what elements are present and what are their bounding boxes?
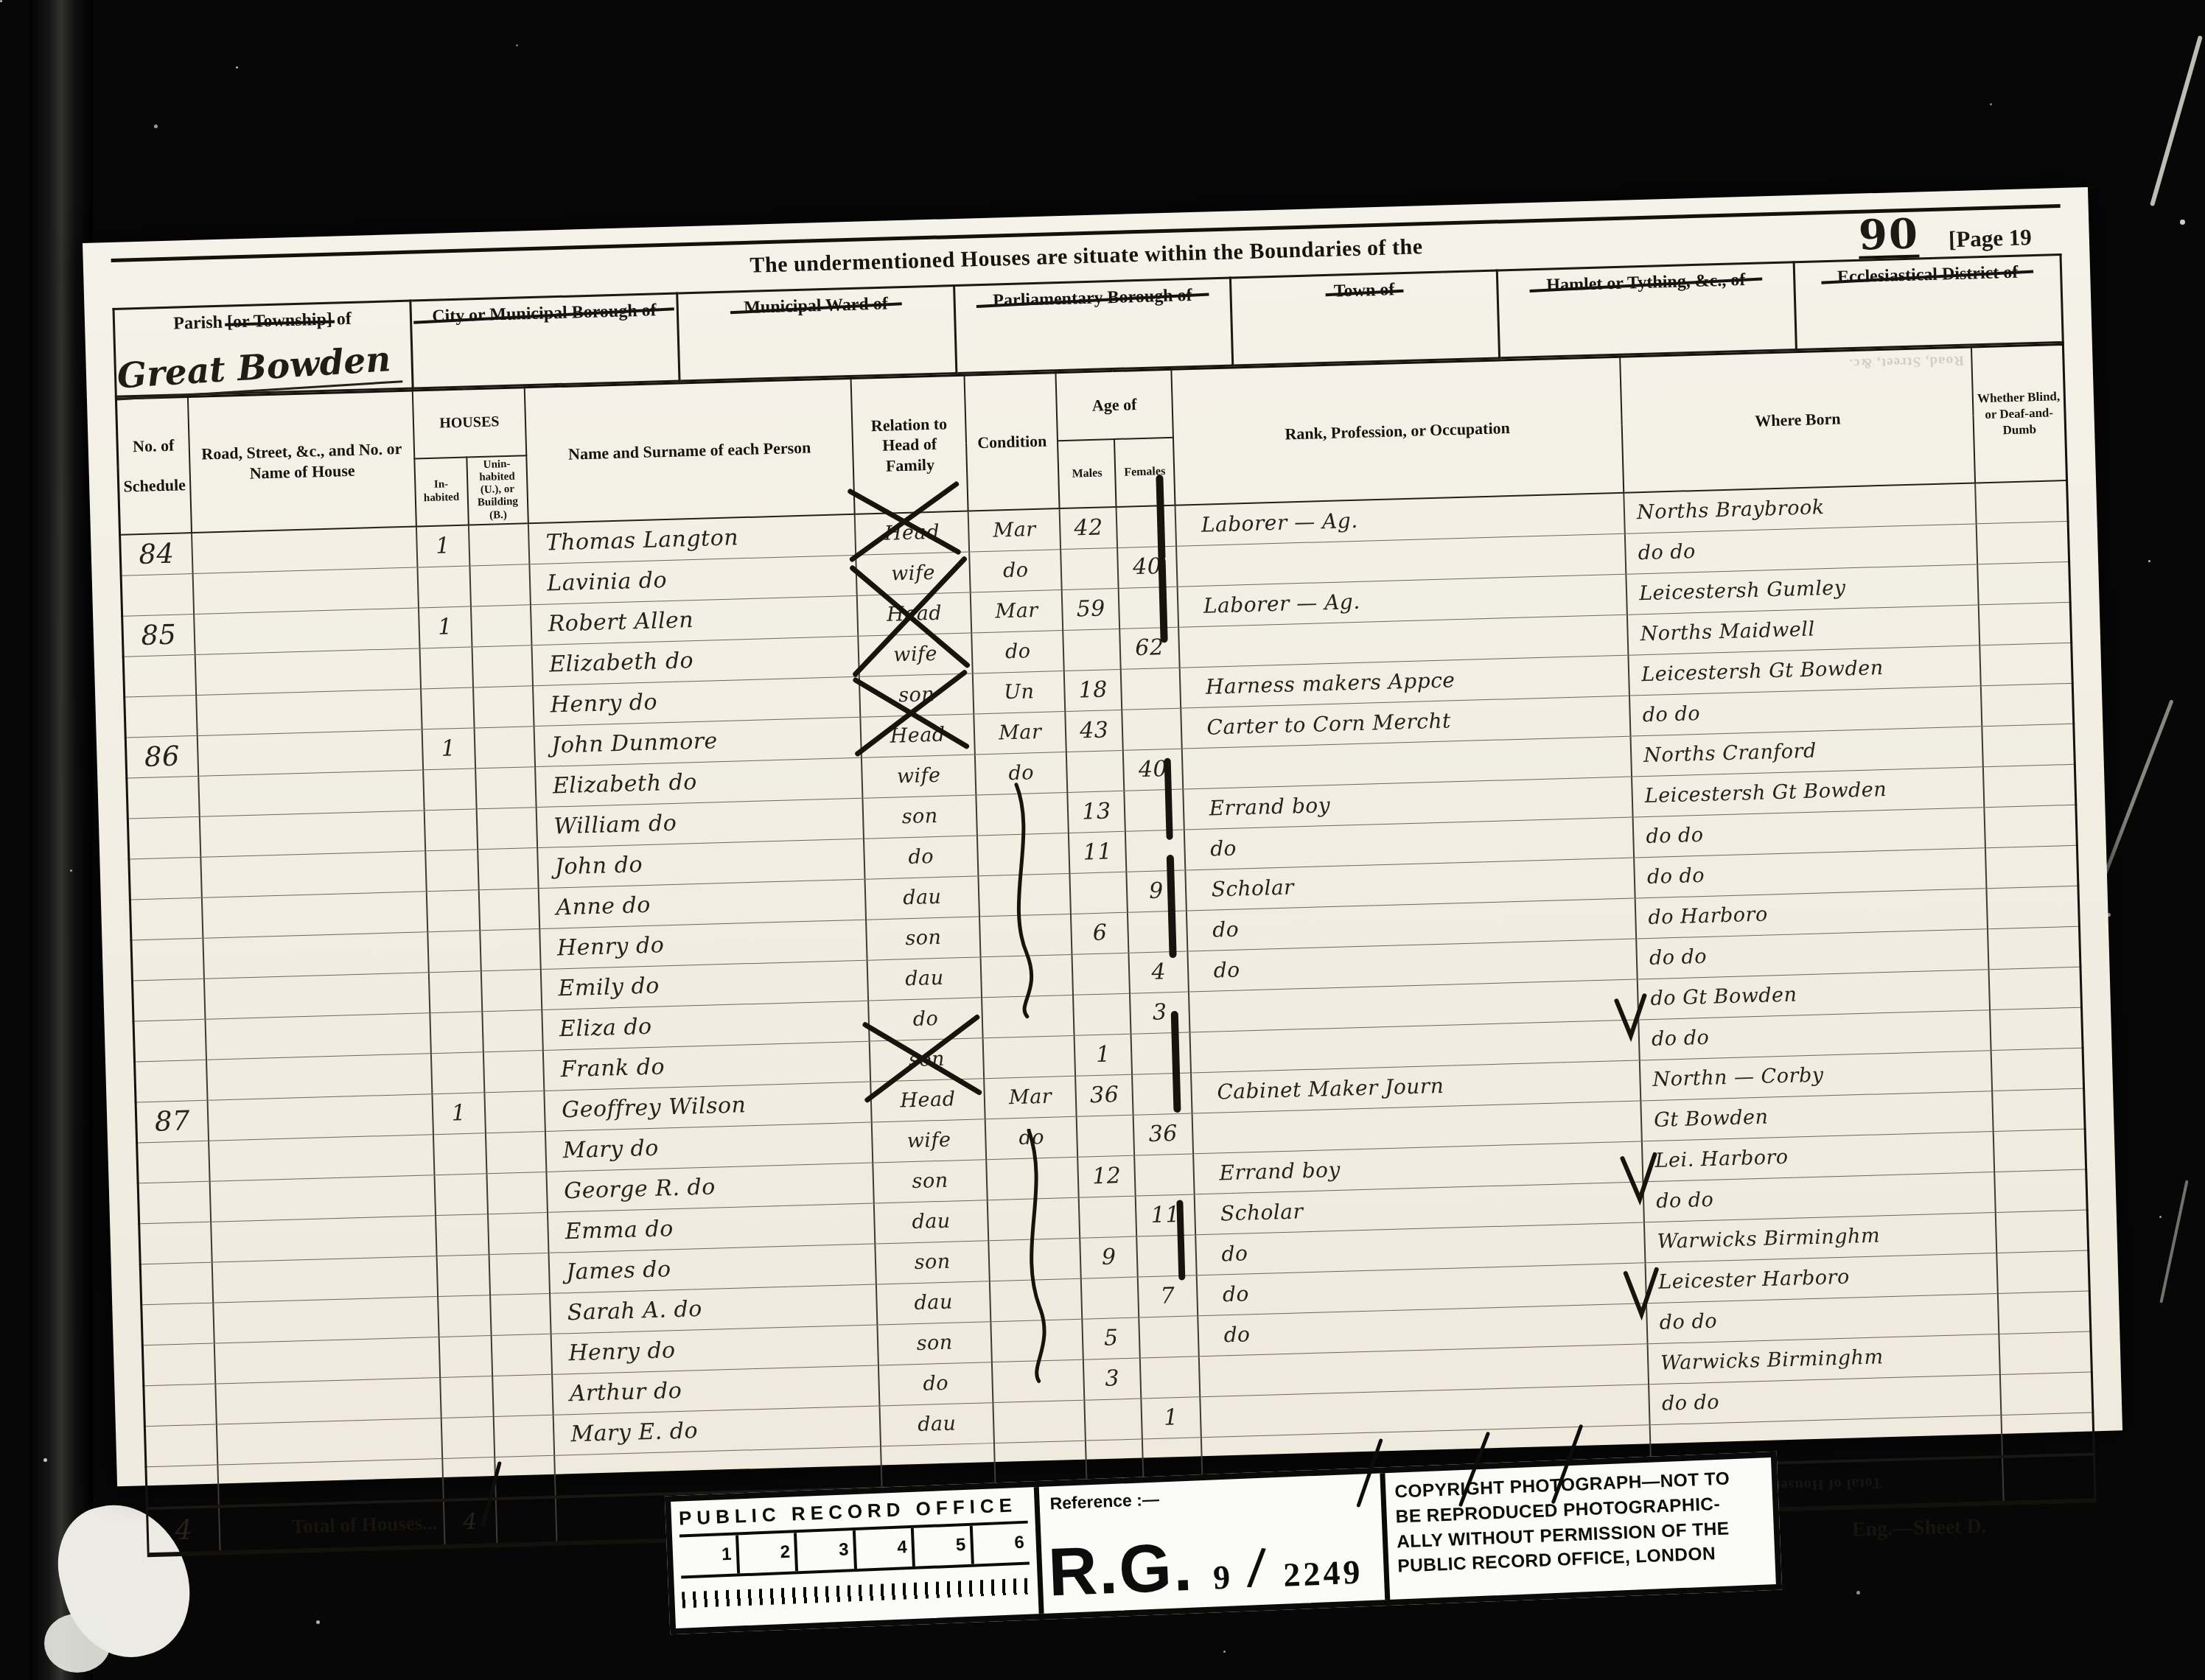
cell-relation: Head [857, 592, 972, 636]
reference-series: R.G. [1046, 1529, 1195, 1612]
pro-reference-section: Reference :— R.G. 9 / 2249 [1039, 1473, 1391, 1614]
cell-uninh [475, 766, 537, 808]
cell-age_m: 42 [1060, 507, 1118, 550]
col-houses-group: HOUSES [412, 388, 526, 458]
cell-uninh [486, 1172, 548, 1214]
folio-number-stamp: 90 [1858, 213, 1920, 259]
ruler-number: 2 [738, 1533, 799, 1573]
cell-inhabited [427, 931, 481, 973]
cell-schedule [140, 1262, 213, 1305]
cell-infirm [1987, 886, 2080, 928]
cell-schedule [142, 1343, 215, 1386]
dust-speckles [0, 0, 2, 2]
cell-road [213, 1296, 438, 1343]
cell-relation: do [864, 836, 979, 879]
cell-age_f [1121, 668, 1181, 710]
cell-inhabited [419, 647, 473, 689]
cell-road [210, 1175, 436, 1221]
cell-relation: Head [860, 714, 975, 757]
cell-road [195, 648, 421, 695]
cell-age_m [1072, 953, 1131, 995]
cell-relation: dau [874, 1200, 989, 1243]
cell-age_m: 9 [1080, 1236, 1138, 1278]
cell-inhabited [417, 566, 471, 608]
cell-age_f: 40 [1123, 749, 1183, 791]
cell-condition [976, 792, 1069, 835]
cell-uninh [479, 888, 540, 930]
cell-age_f [1139, 1316, 1199, 1358]
cell-schedule [127, 776, 200, 819]
cell-age_m [1066, 750, 1125, 792]
cell-age_m [1060, 547, 1119, 589]
cell-infirm [1976, 480, 2069, 524]
cell-condition [992, 1359, 1084, 1402]
cell-infirm [1991, 1007, 2083, 1050]
cell-relation: son [866, 917, 981, 960]
cell-schedule [139, 1222, 212, 1264]
cell-schedule: 87 [136, 1100, 209, 1143]
cell-uninh [495, 1455, 556, 1499]
cell-condition [979, 873, 1071, 916]
cell-condition: Mar [974, 711, 1066, 754]
cell-age_f: 36 [1133, 1113, 1193, 1155]
cell-relation: son [875, 1240, 990, 1284]
cell-age_f [1128, 911, 1187, 953]
cell-schedule [135, 1060, 208, 1102]
cell-road [212, 1256, 438, 1302]
cell-condition [979, 914, 1072, 956]
cell-relation: wife [856, 552, 971, 595]
cell-inhabited [431, 1051, 485, 1093]
cell-infirm [1980, 643, 2073, 685]
col-condition: Condition [965, 373, 1060, 511]
cell-schedule [138, 1181, 211, 1224]
cell-uninh [481, 969, 542, 1011]
cell-inhabited [440, 1376, 494, 1418]
cell-relation [881, 1443, 996, 1488]
cell-age_m: 1 [1074, 1034, 1133, 1076]
parish-label-struck: [or Township] [227, 310, 333, 333]
cell-road [200, 851, 426, 897]
cell-age_m [1079, 1196, 1137, 1238]
cell-infirm [1982, 724, 2075, 766]
cell-age_f [1125, 830, 1185, 872]
cell-relation: Head [855, 511, 970, 555]
cell-inhabited [436, 1254, 490, 1296]
cell-age_f: 40 [1117, 546, 1177, 588]
cell-schedule: 84 [120, 533, 193, 575]
cell-schedule [137, 1141, 210, 1183]
reference-item: 2249 [1282, 1552, 1363, 1594]
cell-schedule [146, 1465, 219, 1508]
col-infirm: Whether Blind, or Deaf-and-Dumb [1971, 345, 2066, 483]
cell-inhabited [441, 1416, 495, 1458]
cell-condition [982, 995, 1074, 1037]
cell-age_f [1142, 1438, 1202, 1481]
cell-uninh [489, 1253, 550, 1295]
cell-road [214, 1337, 440, 1383]
cell-age_f [1119, 587, 1178, 629]
cell-inhabited [429, 971, 483, 1013]
cell-inhabited: 1 [422, 728, 475, 770]
cell-age_m [1073, 993, 1131, 1035]
cell-relation: wife [858, 633, 973, 676]
ruler-number: 3 [797, 1530, 857, 1571]
page-label: [Page 19 [1949, 224, 2033, 253]
cell-relation: wife [872, 1119, 987, 1163]
cell-age_f: 1 [1142, 1397, 1201, 1439]
photo-background: The undermentioned Houses are situate wi… [0, 0, 2205, 1680]
cell-age_m: 3 [1083, 1358, 1142, 1400]
cell-uninh [488, 1212, 549, 1254]
cell-schedule: 85 [122, 614, 195, 657]
cell-uninh [490, 1293, 551, 1335]
cell-schedule [121, 573, 194, 616]
cell-uninh [480, 928, 541, 970]
cell-condition [983, 1035, 1075, 1078]
cell-road [217, 1458, 443, 1506]
totals-empty [496, 1497, 557, 1544]
census-sheet: The undermentioned Houses are situate wi… [83, 187, 2122, 1486]
total-houses-label: Total of Houses... [219, 1500, 444, 1553]
col-females: Females [1114, 437, 1175, 506]
cell-condition [993, 1400, 1086, 1443]
boundary-eccl-cell: Ecclesiastical District of [1794, 255, 2063, 350]
cell-uninh [476, 807, 537, 849]
ecclesiastical-district-label: Ecclesiastical District of [1833, 263, 2023, 288]
cell-road [192, 526, 417, 573]
showthrough-text: Road, Street, &c. [1848, 351, 1964, 372]
cell-age_f [1135, 1154, 1195, 1196]
cell-uninh [469, 523, 530, 566]
boundary-city-cell: City or Municipal Borough of [410, 293, 679, 388]
cell-relation: do [878, 1362, 993, 1405]
cell-age_m: 13 [1068, 791, 1126, 833]
cell-condition [988, 1197, 1080, 1240]
cell-infirm [1978, 561, 2071, 604]
cell-age_f [1117, 505, 1176, 548]
col-where-born: Where Born Road, Street, &c. [1620, 347, 1975, 493]
cell-age_m [1077, 1115, 1135, 1157]
cell-inhabited [425, 850, 479, 892]
cell-road [202, 892, 427, 938]
cell-infirm [1993, 1088, 2086, 1131]
cell-relation: dau [867, 957, 982, 1001]
cell-schedule [125, 695, 198, 738]
totals-infirm-cell [2002, 1454, 2095, 1502]
reference-label: Reference :— [1049, 1481, 1371, 1513]
col-road: Road, Street, &c., and No. or Name of Ho… [188, 391, 416, 533]
cell-road [215, 1377, 441, 1424]
cell-schedule [144, 1384, 217, 1427]
ruler-number: 1 [679, 1535, 740, 1575]
cell-road [198, 729, 423, 776]
showthrough-text: Total of Houses [1773, 1474, 1881, 1494]
cell-inhabited [434, 1173, 488, 1215]
cell-schedule [127, 816, 200, 859]
cell-relation: son [862, 795, 977, 839]
cell-age_m: 36 [1075, 1074, 1133, 1116]
col-schedule: No. of Schedule [116, 397, 192, 535]
cell-age_f: 11 [1136, 1194, 1195, 1236]
cell-age_m: 11 [1069, 831, 1127, 873]
cell-condition: do [972, 630, 1064, 673]
stamp-group: 90 [Page 19 [1858, 210, 2032, 259]
cell-age_m: 43 [1065, 710, 1123, 752]
cell-condition [989, 1238, 1081, 1281]
cell-uninh [482, 1009, 543, 1051]
hamlet-label: Hamlet or Tything, &c., of [1542, 270, 1750, 296]
cell-road [205, 1013, 430, 1060]
boundary-hamlet-cell: Hamlet or Tything, &c., of [1497, 262, 1796, 358]
reference-slash: / [1245, 1536, 1267, 1600]
cell-inhabited: 1 [419, 606, 472, 648]
cell-schedule [123, 654, 196, 697]
cell-infirm [1985, 805, 2078, 847]
col-uninhabited: Unin-habited (U.), or Building (B.) [466, 455, 528, 525]
col-inhabited: In-habited [414, 457, 469, 526]
cell-schedule [129, 857, 202, 900]
reference-piece: 9 [1212, 1558, 1231, 1597]
cell-road [211, 1215, 436, 1261]
cell-condition [987, 1157, 1079, 1200]
cell-schedule: 86 [125, 735, 198, 778]
cell-inhabited [438, 1335, 492, 1377]
cell-relation: son [873, 1159, 988, 1203]
cell-condition: do [985, 1116, 1077, 1159]
cell-uninh [492, 1374, 553, 1416]
parish-label-suffix: of [337, 309, 352, 329]
cell-road [196, 689, 422, 735]
sheet-label: Eng.—Sheet D. [1851, 1514, 1987, 1541]
cell-uninh [478, 847, 539, 889]
cell-infirm [1995, 1169, 2088, 1212]
municipal-ward-label: Municipal Ward of [739, 294, 892, 318]
totals-schedule: 4 [147, 1506, 220, 1555]
cell-road [203, 932, 428, 979]
city-borough-label: City or Municipal Borough of [427, 301, 661, 327]
cell-age_m: 6 [1071, 912, 1129, 954]
cell-age_f [1132, 1073, 1192, 1115]
cell-infirm [1993, 1129, 2086, 1172]
cell-inhabited [438, 1295, 492, 1337]
census-table: No. of Schedule Road, Street, &c., and N… [115, 343, 2097, 1557]
cell-uninh [471, 604, 532, 646]
cell-age_m: 5 [1083, 1317, 1141, 1359]
cell-condition [991, 1319, 1083, 1362]
cell-road [206, 1053, 432, 1099]
census-sheet-inner: The undermentioned Houses are situate wi… [83, 187, 2122, 1486]
pro-copyright-section: COPYRIGHT PHOTOGRAPH—NOT TO BE REPRODUCE… [1385, 1457, 1775, 1600]
cell-road [209, 1134, 434, 1180]
cell-age_m [1086, 1439, 1144, 1483]
cell-relation: do [868, 998, 983, 1041]
cell-infirm [1999, 1331, 2092, 1374]
cell-inhabited [442, 1457, 496, 1499]
cell-condition: Mar [971, 589, 1063, 632]
cell-condition: Un [973, 671, 1065, 713]
cell-age_f [1131, 1032, 1191, 1074]
cell-relation: son [870, 1038, 985, 1082]
cell-age_m: 12 [1077, 1155, 1136, 1197]
parliamentary-borough-label: Parliamentary Borough of [988, 286, 1197, 312]
col-males: Males [1058, 439, 1117, 508]
cell-condition [990, 1278, 1082, 1321]
cell-condition: do [975, 752, 1067, 794]
cell-condition: do [969, 549, 1061, 592]
cell-inhabited [430, 1012, 483, 1054]
cell-road [208, 1093, 433, 1140]
pro-ruler-section: PUBLIC RECORD OFFICE 1 2 3 4 5 6 [671, 1487, 1044, 1628]
cell-infirm [1977, 521, 2069, 564]
cell-schedule [130, 897, 203, 940]
cell-age_f: 7 [1138, 1275, 1198, 1317]
cell-age_f: 3 [1130, 992, 1189, 1034]
cell-age_m [1085, 1399, 1143, 1441]
cell-inhabited: 1 [416, 525, 470, 567]
boundary-parl-cell: Parliamentary Borough of [954, 278, 1233, 373]
cell-infirm [1989, 967, 2082, 1009]
cell-age_f [1125, 789, 1184, 831]
cell-age_m [1070, 872, 1128, 914]
cell-schedule [132, 979, 205, 1021]
cell-infirm [1997, 1250, 2090, 1293]
cell-uninh [469, 564, 531, 606]
cell-uninh [486, 1131, 547, 1173]
boundary-town-cell: Town of [1231, 270, 1500, 365]
cell-inhabited [436, 1214, 489, 1256]
cell-relation: wife [862, 755, 976, 798]
cell-age_m [1081, 1277, 1139, 1319]
cell-infirm [1988, 926, 2080, 969]
cell-infirm [1979, 602, 2072, 645]
cell-condition: Mar [984, 1076, 1076, 1119]
cell-relation: dau [879, 1402, 994, 1446]
col-occupation: Rank, Profession, or Occupation [1171, 357, 1624, 505]
col-relation: Relation to Head of Family [850, 375, 968, 514]
cell-uninh [473, 685, 534, 727]
cell-inhabited [421, 687, 475, 729]
cell-age_f: 4 [1129, 951, 1189, 993]
cell-relation: son [859, 673, 974, 717]
cell-inhabited [424, 809, 478, 851]
cell-age_m [1063, 629, 1121, 671]
cell-condition [994, 1441, 1086, 1485]
cell-uninh [491, 1334, 552, 1376]
cell-road [194, 608, 419, 654]
cell-age_m: 59 [1062, 588, 1120, 630]
ruler-number: 6 [972, 1524, 1030, 1564]
film-scratch [2150, 35, 2203, 206]
cell-infirm [2002, 1413, 2094, 1457]
cell-infirm [1981, 683, 2074, 726]
cell-schedule [131, 938, 204, 981]
col-name: Name and Surname of each Person [525, 378, 855, 523]
cell-infirm [1996, 1210, 2089, 1253]
cell-inhabited [426, 890, 480, 932]
cell-age_f [1122, 708, 1182, 750]
cell-relation: Head [870, 1079, 985, 1122]
cell-condition [977, 833, 1069, 875]
cell-uninh [493, 1415, 554, 1457]
cell-infirm [1998, 1291, 2091, 1334]
boundary-ward-cell: Municipal Ward of [677, 286, 957, 381]
cell-road [193, 567, 419, 614]
cell-inhabited: 1 [432, 1092, 486, 1134]
cell-relation: dau [864, 876, 979, 920]
cell-uninh [472, 645, 533, 687]
cell-uninh [483, 1050, 545, 1092]
cell-age_f [1137, 1235, 1197, 1277]
cell-inhabited [423, 769, 477, 811]
ruler: 1 2 3 4 5 6 [679, 1521, 1032, 1628]
cell-uninh [484, 1091, 545, 1133]
cell-age_f: 62 [1120, 627, 1180, 669]
cell-road [200, 811, 425, 857]
cell-age_f: 9 [1127, 870, 1187, 912]
ruler-number: 5 [914, 1526, 974, 1567]
film-scratch [2159, 1180, 2188, 1303]
cell-uninh [474, 726, 535, 768]
parish-label-prefix: Parish [173, 313, 223, 334]
cell-age_m: 18 [1064, 669, 1122, 711]
cell-schedule [133, 1019, 206, 1062]
cell-condition: Mar [968, 508, 1060, 552]
cell-road [198, 770, 424, 816]
cell-infirm [2000, 1372, 2093, 1415]
cell-road [204, 973, 430, 1019]
ruler-number: 4 [855, 1528, 915, 1569]
cell-age_f [1140, 1357, 1200, 1399]
census-rows: 841Thomas LangtonHeadMar42Laborer — Ag.N… [120, 480, 2094, 1508]
col-age-group: Age of [1056, 369, 1173, 440]
cell-road [217, 1418, 442, 1464]
cell-infirm [1985, 845, 2078, 888]
cell-relation: dau [876, 1281, 991, 1324]
cell-infirm [1983, 764, 2076, 807]
cell-infirm [1991, 1048, 2084, 1091]
cell-schedule [141, 1303, 214, 1345]
cell-schedule [144, 1424, 217, 1467]
cell-condition [981, 954, 1073, 997]
cell-inhabited [433, 1133, 487, 1175]
white-blotch [44, 1614, 111, 1673]
town-label: Town of [1329, 280, 1399, 302]
cell-relation: son [877, 1321, 992, 1365]
